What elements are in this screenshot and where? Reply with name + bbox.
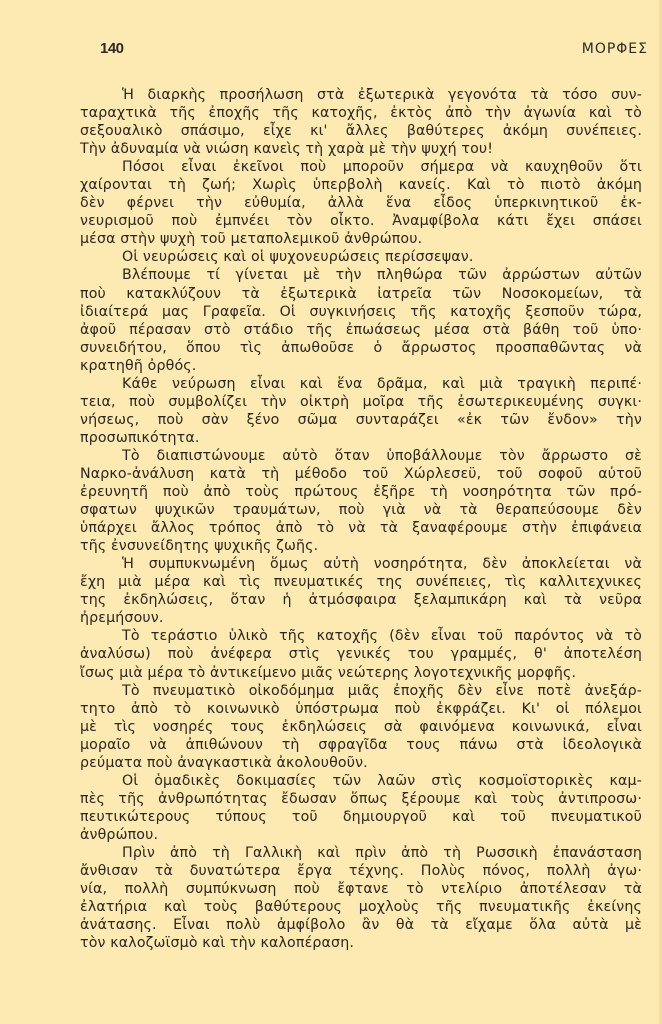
text-line: ἀνάτασης. Εἶναι πολὺ ἀμφίβολο ἂν θὰ τὰ ε… [80,916,642,934]
paragraph: Οἱ ὁμαδικὲς δοκιμασίες τῶν λαῶν στὶς κοσ… [80,772,642,844]
text-line: ἀνθρώπου. [80,826,642,844]
text-line: Τὸ τεράστιο ὑλικὸ τῆς κατοχῆς (δὲν εἶναι… [80,627,642,645]
text-line: ποὺ κατακλύζουν τὰ ἐξωτερικὰ ἰατρεῖα τῶν… [80,285,642,303]
text-line: μοραῖο νὰ ἀπιθώνουν τὴ σφραγῖδα τους πάν… [80,736,642,754]
paragraph: Ἡ διαρκὴς προσήλωση στὰ ἐξωτερικὰ γεγονό… [80,86,642,158]
text-line: ρεύματα ποὺ ἀναγκαστικὰ ἀκολουθοῦν. [80,754,642,772]
paragraph: Κάθε νεύρωση εἶναι καὶ ἕνα δρᾶμα, καὶ μι… [80,375,642,447]
paragraph: Πόσοι εἶναι ἐκεῖνοι ποὺ μποροῦν σήμερα ν… [80,158,642,248]
text-line: Τὸ διαπιστώνουμε αὐτὸ ὅταν ὑποβάλλουμε τ… [80,447,642,465]
text-line: ἀφοῦ πέρασαν στὸ στάδιο τῆς ἐπωάσεως μέσ… [80,321,642,339]
paragraph: Τὸ πνευματικὸ οἰκοδόμημα μιᾶς ἐποχῆς δὲν… [80,682,642,772]
text-line: χαίρονται τὴ ζωή; Χωρὶς ὑπερβολὴ κανείς.… [80,176,642,194]
text-line: Πόσοι εἶναι ἐκεῖνοι ποὺ μποροῦν σήμερα ν… [80,158,642,176]
text-line: ἴσως μιὰ μέρα τὸ ἀντικείμενο μιᾶς νεώτερ… [80,664,642,682]
text-line: πὲς τῆς ἀνθρωπότητας ἔδωσαν ὅπως ξέρουμε… [80,790,642,808]
paragraph: Τὸ τεράστιο ὑλικὸ τῆς κατοχῆς (δὲν εἶναι… [80,627,642,681]
text-line: ἐλατήρια καὶ τοὺς βαθύτερους μοχλοὺς τῆς… [80,898,642,916]
text-line: συνειδήτου, ὅπου τὶς ἀπωθοῦσε ὁ ἄρρωστος… [80,339,642,357]
paragraph: Πρὶν ἀπὸ τὴ Γαλλικὴ καὶ πρὶν ἀπὸ τὴ Ρωσσ… [80,844,642,952]
paragraph: Οἱ νευρώσεις καὶ οἱ ψυχονευρώσεις περίσσ… [80,248,642,266]
text-line: μὲ τὶς νοσηρές τους ἐκδηλώσεις σὰ φαινόμ… [80,718,642,736]
running-head: 140 ΜΟΡΦΕΣ [100,40,648,60]
text-line: ἀναλύσω) ποὺ ἀνέφερα στὶς γενικές του γρ… [80,645,642,663]
journal-title: ΜΟΡΦΕΣ [582,41,648,57]
text-line: κρατηθῆ ὀρθός. [80,357,642,375]
text-line: ταραχτικὰ τῆς ἐποχῆς τῆς κατοχῆς, ἐκτὸς … [80,104,642,122]
text-line: Ἡ συμπυκνωμένη ὅμως αὐτὴ νοσηρότητα, δὲν… [80,555,642,573]
text-line: Τὴν ἀδυναμία νὰ νιώση κανεὶς τὴ χαρὰ μὲ … [80,140,642,158]
text-line: δὲν φέρνει τὴν εὐθυμία, ἀλλὰ ἕνα εἶδος ὑ… [80,194,642,212]
text-line: Οἱ ὁμαδικὲς δοκιμασίες τῶν λαῶν στὶς κοσ… [80,772,642,790]
text-line: Οἱ νευρώσεις καὶ οἱ ψυχονευρώσεις περίσσ… [80,248,642,266]
text-line: Ἡ διαρκὴς προσήλωση στὰ ἐξωτερικὰ γεγονό… [80,86,642,104]
text-line: νία, πολλὴ συμπύκνωση ποὺ ἔφτανε τὸ ντελ… [80,880,642,898]
text-line: Ναρκο-ἀνάλυση κατὰ τὴ μέθοδο τοῦ Χώρλεσε… [80,465,642,483]
body-text: Ἡ διαρκὴς προσήλωση στὰ ἐξωτερικὰ γεγονό… [80,86,642,952]
text-line: νευρισμοῦ ποὺ ἐμπνέει τὸν οἶκτο. Ἀναμφίβ… [80,212,642,230]
text-line: σφατων ψυχικῶν τραυμάτων, ποὺ γιὰ νὰ τὰ … [80,501,642,519]
text-line: Πρὶν ἀπὸ τὴ Γαλλικὴ καὶ πρὶν ἀπὸ τὴ Ρωσσ… [80,844,642,862]
text-line: ὑπάρχει ἄλλος τρόπος ἀπὸ τὸ νὰ τὰ ξαναφέ… [80,519,642,537]
text-line: ἠρεμήσουν. [80,609,642,627]
text-line: Κάθε νεύρωση εἶναι καὶ ἕνα δρᾶμα, καὶ μι… [80,375,642,393]
paragraph: Τὸ διαπιστώνουμε αὐτὸ ὅταν ὑποβάλλουμε τ… [80,447,642,555]
text-line: της ἐκδηλώσεις, ὅταν ἡ ἀτμόσφαιρα ξελαμπ… [80,591,642,609]
text-line: Τὸ πνευματικὸ οἰκοδόμημα μιᾶς ἐποχῆς δὲν… [80,682,642,700]
text-line: προσωπικότητα. [80,429,642,447]
text-line: τὸν καλοζωϊσμὸ καὶ τὴν καλοπέραση. [80,934,642,952]
text-line: ἐρευνητῆ ποὺ ἀπὸ τοὺς πρώτους ἐξῆρε τὴ ν… [80,483,642,501]
page-number: 140 [100,40,124,57]
book-page: 140 ΜΟΡΦΕΣ Ἡ διαρκὴς προσήλωση στὰ ἐξωτε… [0,0,662,1024]
text-line: Βλέπουμε τί γίνεται μὲ τὴν πληθώρα τῶν ἀ… [80,266,642,284]
text-line: ἄνθισαν τὰ δυνατώτερα ἔργα τέχνης. Πολὺς… [80,862,642,880]
text-line: τεια, ποὺ συμβολίζει τὴν οἰκτρὴ μοῖρα τῆ… [80,393,642,411]
text-line: νήσεως, ποὺ σὰν ξένο σῶμα συνταράζει «ἐκ… [80,411,642,429]
text-line: τητο ἀπὸ τὸ κοινωνικὸ ὑπόστρωμα ποὺ ἐκφρ… [80,700,642,718]
text-line: ἔχη μιὰ μέρα καὶ τὶς πνευματικές της συν… [80,573,642,591]
paragraph: Ἡ συμπυκνωμένη ὅμως αὐτὴ νοσηρότητα, δὲν… [80,555,642,627]
text-line: πευτικώτερους τύπους τοῦ δημιουργοῦ καὶ … [80,808,642,826]
text-line: σεξουαλικὸ σπάσιμο, εἶχε κι' ἄλλες βαθύτ… [80,122,642,140]
text-line: τῆς ἐνσυνείδητης ψυχικῆς ζωῆς. [80,537,642,555]
text-line: ἰδιαίτερά μας Γραφεῖα. Οἱ συγκινήσεις τῆ… [80,303,642,321]
paragraph: Βλέπουμε τί γίνεται μὲ τὴν πληθώρα τῶν ἀ… [80,266,642,374]
text-line: μέσα στὴν ψυχὴ τοῦ μεταπολεμικοῦ ἀνθρώπο… [80,230,642,248]
